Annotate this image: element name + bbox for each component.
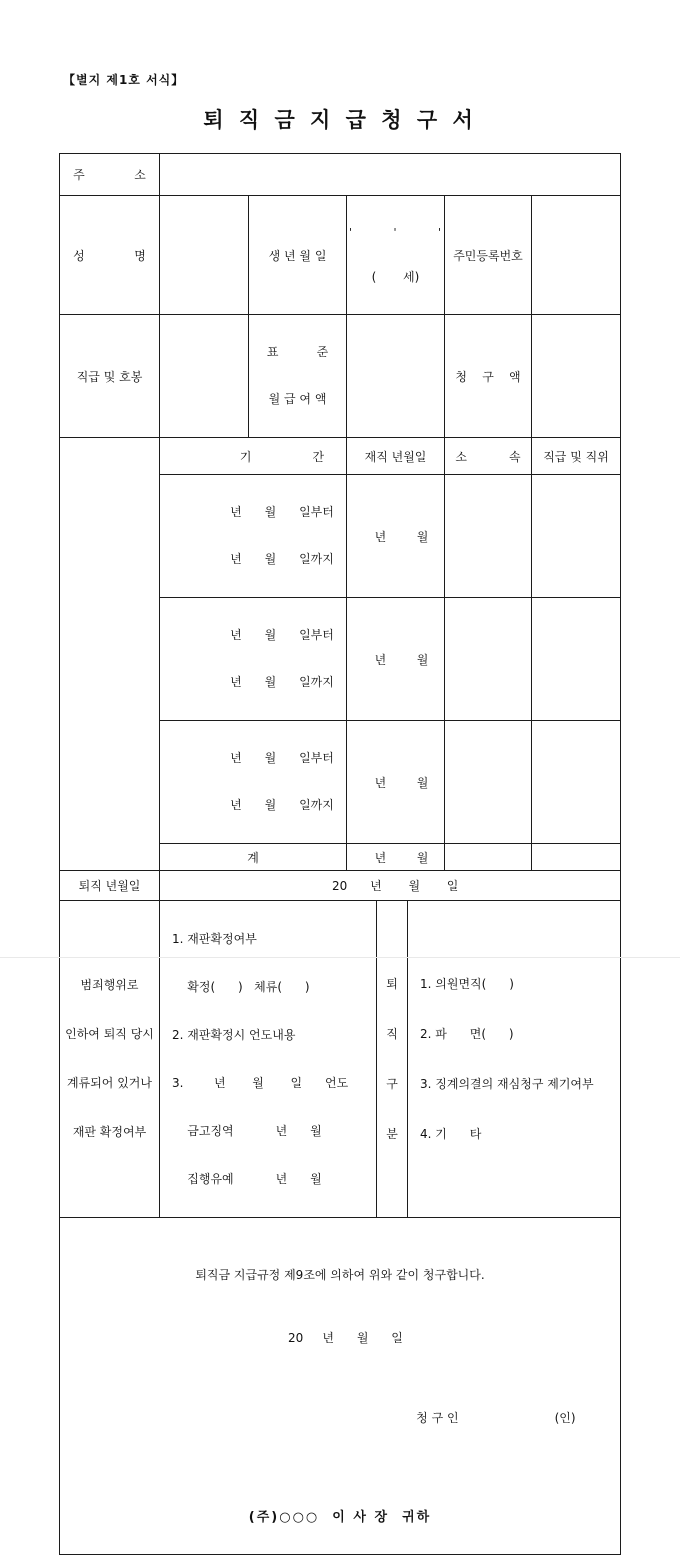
criminal-detail-line: 1. 재판확정여부 <box>172 929 376 949</box>
retirement-date-value: 20 년 월 일 <box>160 871 621 901</box>
applicant-info-table: 주 소 성 명 생 년 월 일 ' ' ' ( 세) 주민등록번호 직급 및 호… <box>59 153 621 438</box>
tenure-cell: 년 월 <box>347 598 445 721</box>
total-tenure-cell: 년 월 <box>347 844 445 871</box>
criminal-detail-line: 집행유예 년 월 <box>172 1169 376 1189</box>
criminal-label-line: 계류되어 있거나 <box>60 1073 159 1094</box>
address-label: 주 소 <box>60 154 160 196</box>
request-form-table: 주 소 성 명 생 년 월 일 ' ' ' ( 세) 주민등록번호 직급 및 호… <box>59 153 620 1555</box>
salary-value-cell <box>347 315 445 438</box>
period-header: 기 간 <box>160 438 347 475</box>
declaration-table: 퇴직금 지급규정 제9조에 의하여 위와 같이 청구합니다. 20 년 월 일 … <box>59 1217 621 1555</box>
claim-amount-value-cell <box>532 315 621 438</box>
criminal-detail-line: 2. 재판확정시 언도내용 <box>172 1025 376 1045</box>
career-spanner-cell <box>60 438 160 871</box>
tenure-cell: 년 월 <box>347 721 445 844</box>
retirement-type-label-char: 구 <box>377 1073 407 1095</box>
retirement-type-option: 4. 기 타 <box>420 1123 620 1145</box>
standard-monthly-salary-label: 표 준 월 급 여 액 <box>249 315 347 438</box>
page-title: 퇴 직 금 지 급 청 구 서 <box>0 104 680 134</box>
period-from: 년 월 일부터 <box>218 749 346 768</box>
affiliation-cell <box>445 598 532 721</box>
criminal-detail-line: 확정( ) 체류( ) <box>172 977 376 997</box>
period-cell: 년 월 일부터 년 월 일까지 <box>160 598 347 721</box>
period-from: 년 월 일부터 <box>218 626 346 645</box>
period-cell: 년 월 일부터 년 월 일까지 <box>160 475 347 598</box>
birthdate-age-cell: ' ' ' ( 세) <box>347 196 445 315</box>
retirement-type-option: 2. 파 면( ) <box>420 1023 620 1045</box>
address-value-cell <box>160 154 621 196</box>
criminal-label-line: 재판 확정여부 <box>60 1122 159 1143</box>
affiliation-cell <box>445 721 532 844</box>
page-edge-line <box>0 957 680 958</box>
declaration-date: 20 년 월 일 <box>60 1331 620 1346</box>
period-from: 년 월 일부터 <box>218 503 346 522</box>
salary-label-line1: 표 준 <box>249 343 346 362</box>
retirement-type-label-char: 퇴 <box>377 973 407 995</box>
claimant-line: 청 구 인(인) <box>60 1396 620 1441</box>
recipient-line: (주)○○○ 이 사 장 귀하 <box>60 1509 620 1526</box>
resident-number-label: 주민등록번호 <box>445 196 532 315</box>
criminal-detail-line: 3. 년 월 일 언도 <box>172 1073 376 1093</box>
tenure-header: 재직 년월일 <box>347 438 445 475</box>
tenure-cell: 년 월 <box>347 475 445 598</box>
criminal-label-line: 인하여 퇴직 당시 <box>60 1024 159 1045</box>
declaration-cell: 퇴직금 지급규정 제9조에 의하여 위와 같이 청구합니다. 20 년 월 일 … <box>60 1218 621 1555</box>
period-to: 년 월 일까지 <box>218 796 346 815</box>
position-header: 직급 및 직위 <box>532 438 621 475</box>
position-cell <box>532 475 621 598</box>
period-to: 년 월 일까지 <box>218 550 346 569</box>
position-cell <box>532 721 621 844</box>
criminal-label-line: 범죄행위로 <box>60 975 159 996</box>
claim-amount-label: 청 구 액 <box>445 315 532 438</box>
name-label: 성 명 <box>60 196 160 315</box>
declaration-statement: 퇴직금 지급규정 제9조에 의하여 위와 같이 청구합니다. <box>60 1268 620 1283</box>
period-to: 년 월 일까지 <box>218 673 346 692</box>
form-designation-tag: 【별지 제1호 서식】 <box>63 71 184 88</box>
period-cell: 년 월 일부터 년 월 일까지 <box>160 721 347 844</box>
birthdate-label: 생 년 월 일 <box>249 196 347 315</box>
total-affiliation-cell <box>445 844 532 871</box>
retirement-type-label-char: 직 <box>377 1023 407 1045</box>
retirement-type-option: 1. 의원면직( ) <box>420 973 620 995</box>
date-separator-marks: ' ' ' <box>347 224 444 241</box>
criminal-detail-cell: 1. 재판확정여부 확정( ) 체류( ) 2. 재판확정시 언도내용 3. 년… <box>160 901 377 1218</box>
salary-label-line2: 월 급 여 액 <box>249 390 346 409</box>
career-table: 기 간 재직 년월일 소 속 직급 및 직위 년 월 일부터 년 월 일까지 년… <box>59 437 621 871</box>
position-cell <box>532 598 621 721</box>
total-label: 계 <box>160 844 347 871</box>
name-value-cell <box>160 196 249 315</box>
claimant-label: 청 구 인 <box>416 1411 458 1425</box>
total-position-cell <box>532 844 621 871</box>
age-paren: ( 세) <box>347 269 444 286</box>
retirement-date-label: 퇴직 년월일 <box>60 871 160 901</box>
affiliation-cell <box>445 475 532 598</box>
criminal-detail-line: 금고징역 년 월 <box>172 1121 376 1141</box>
retirement-type-options-cell: 1. 의원면직( ) 2. 파 면( ) 3. 징계의결의 재심청구 제기여부 … <box>408 901 621 1218</box>
retirement-type-option: 3. 징계의결의 재심청구 제기여부 <box>420 1073 620 1095</box>
rank-label: 직급 및 호봉 <box>60 315 160 438</box>
seal-mark: (인) <box>555 1411 576 1425</box>
retirement-type-label: 퇴 직 구 분 <box>377 901 408 1218</box>
resident-number-value-cell <box>532 196 621 315</box>
retirement-date-table: 퇴직 년월일 20 년 월 일 <box>59 870 621 901</box>
affiliation-header: 소 속 <box>445 438 532 475</box>
retirement-type-label-char: 분 <box>377 1123 407 1145</box>
rank-value-cell <box>160 315 249 438</box>
criminal-section-table: 범죄행위로 인하여 퇴직 당시 계류되어 있거나 재판 확정여부 1. 재판확정… <box>59 900 621 1218</box>
criminal-status-label: 범죄행위로 인하여 퇴직 당시 계류되어 있거나 재판 확정여부 <box>60 901 160 1218</box>
